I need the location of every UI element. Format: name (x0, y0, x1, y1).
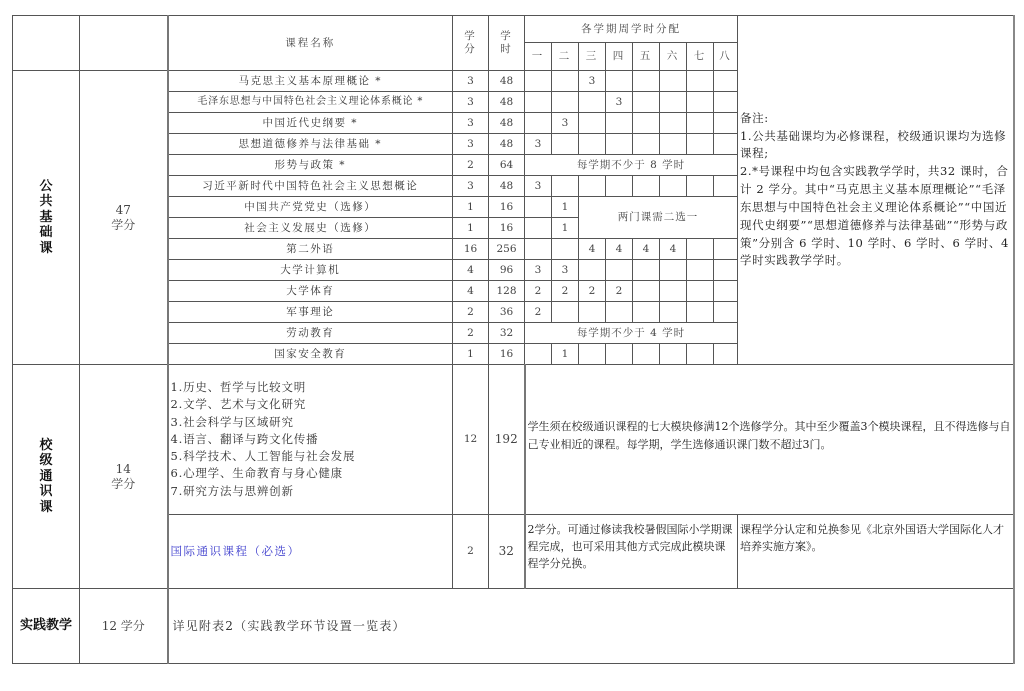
sem-6 (660, 71, 687, 92)
modules-description: 学生须在校级通识课程的七大模块修满12个选修学分。其中至少覆盖3个模块课程，且不… (525, 365, 1014, 515)
semester-header-2: 二 (552, 43, 579, 71)
course-hours: 32 (489, 323, 525, 344)
category-header-cell (13, 16, 80, 71)
intl-hours: 32 (489, 515, 525, 589)
hours-header-line2: 时 (500, 43, 513, 55)
sem-4 (606, 344, 633, 365)
category-char: 基 (39, 210, 52, 225)
sem-5 (633, 176, 660, 197)
sem-6: 4 (660, 239, 687, 260)
course-hours: 128 (489, 281, 525, 302)
sem-1 (525, 344, 552, 365)
course-credits: 3 (453, 92, 489, 113)
sem-5 (633, 92, 660, 113)
sem-2: 1 (552, 197, 579, 218)
course-name: 劳动教育 (168, 323, 453, 344)
sem-5 (633, 344, 660, 365)
course-name: 形势与政策 * (168, 155, 453, 176)
sem-8 (714, 113, 738, 134)
sem-3: 2 (579, 281, 606, 302)
course-hours: 16 (489, 344, 525, 365)
sem-7 (687, 92, 714, 113)
category-char: 础 (39, 225, 52, 240)
course-credits: 2 (453, 323, 489, 344)
sem-4: 2 (606, 281, 633, 302)
course-name: 中国近代史纲要 * (168, 113, 453, 134)
sem-2 (552, 176, 579, 197)
course-hours: 48 (489, 134, 525, 155)
intl-credits: 2 (453, 515, 489, 589)
category-char: 课 (39, 500, 52, 515)
notes-cell: 备注: 1.公共基础课均为必修课程，校级通识课均为选修课程; 2.*号课程中均包… (738, 16, 1014, 365)
course-credits: 2 (453, 155, 489, 176)
category-char: 校 (39, 438, 52, 453)
semester-header-4: 四 (606, 43, 633, 71)
intl-course-name: 国际通识课程（必选） (168, 515, 453, 589)
notes-title: 备注: (740, 110, 1011, 128)
sem-4 (606, 176, 633, 197)
course-name: 军事理论 (168, 302, 453, 323)
semester-group-header: 各学期周学时分配 (525, 16, 738, 43)
sem-3 (579, 344, 606, 365)
sem-5: 4 (633, 239, 660, 260)
course-hours: 48 (489, 92, 525, 113)
sem-2: 1 (552, 218, 579, 239)
sem-2 (552, 239, 579, 260)
category-char: 共 (39, 194, 52, 209)
credits-header-line2: 分 (464, 43, 477, 55)
sem-3 (579, 113, 606, 134)
sem-7 (687, 113, 714, 134)
sem-2: 2 (552, 281, 579, 302)
intl-description-right: 课程学分认定和兑换参见《北京外国语大学国际化人才培养实施方案》。 (738, 515, 1014, 589)
sem-6 (660, 281, 687, 302)
course-name: 中国共产党党史（选修） (168, 197, 453, 218)
modules-credits: 12 (453, 365, 489, 515)
course-name: 毛泽东思想与中国特色社会主义理论体系概论 * (168, 92, 453, 113)
semester-header-3: 三 (579, 43, 606, 71)
sem-2 (552, 92, 579, 113)
sem-1: 2 (525, 302, 552, 323)
sem-6 (660, 92, 687, 113)
sem-8 (714, 260, 738, 281)
sem-5 (633, 71, 660, 92)
category-char: 级 (39, 453, 52, 468)
course-name: 国家安全教育 (168, 344, 453, 365)
sem-1 (525, 113, 552, 134)
sem-3: 4 (579, 239, 606, 260)
intl-description-left: 2学分。可通过修读我校暑假国际小学期课程完成，也可采用其他方式完成此模块课程学分… (525, 515, 738, 589)
sem-7 (687, 176, 714, 197)
category-char: 识 (39, 484, 52, 499)
sem-4 (606, 113, 633, 134)
sem-2 (552, 302, 579, 323)
module-item: 2.文学、艺术与文化研究 (171, 396, 453, 413)
sem-8 (714, 344, 738, 365)
category-char: 通 (39, 469, 52, 484)
course-hours: 48 (489, 113, 525, 134)
course-credits: 1 (453, 218, 489, 239)
sem-3 (579, 92, 606, 113)
course-credits: 3 (453, 134, 489, 155)
hours-header-line1: 学 (500, 30, 513, 42)
course-hours: 36 (489, 302, 525, 323)
category-practice: 实践教学 (13, 589, 80, 664)
credits-header-line1: 学 (464, 30, 477, 42)
sem-4 (606, 71, 633, 92)
sem-6 (660, 344, 687, 365)
module-item: 5.科学技术、人工智能与社会发展 (171, 448, 453, 465)
practice-description: 详见附表2（实践教学环节设置一览表） (168, 589, 1014, 664)
general-ed-credits: 14 学分 (80, 365, 168, 589)
sem-4: 3 (606, 92, 633, 113)
module-item: 6.心理学、生命教育与身心健康 (171, 465, 453, 482)
course-hours: 16 (489, 218, 525, 239)
course-hours: 48 (489, 71, 525, 92)
sem-7 (687, 302, 714, 323)
sem-8 (714, 302, 738, 323)
semester-header-7: 七 (687, 43, 714, 71)
course-credits: 4 (453, 260, 489, 281)
course-name: 大学体育 (168, 281, 453, 302)
course-credits: 2 (453, 302, 489, 323)
sem-1 (525, 71, 552, 92)
course-hours: 64 (489, 155, 525, 176)
sem-3 (579, 260, 606, 281)
sem-1 (525, 218, 552, 239)
course-name: 思想道德修养与法律基础 * (168, 134, 453, 155)
course-name: 第二外语 (168, 239, 453, 260)
sem-3: 3 (579, 71, 606, 92)
hours-header: 学 时 (489, 16, 525, 71)
semester-header-5: 五 (633, 43, 660, 71)
practice-credits: 12 学分 (80, 589, 168, 664)
sem-3 (579, 176, 606, 197)
sem-1: 3 (525, 260, 552, 281)
semester-span-note: 每学期不少于 4 学时 (525, 323, 738, 344)
module-item: 3.社会科学与区域研究 (171, 414, 453, 431)
sem-5 (633, 134, 660, 155)
sem-4: 4 (606, 239, 633, 260)
course-credits: 16 (453, 239, 489, 260)
table-row: 实践教学 12 学分 详见附表2（实践教学环节设置一览表） (13, 589, 1014, 664)
sem-3 (579, 134, 606, 155)
semester-header-8: 八 (714, 43, 738, 71)
credits-unit: 学分 (111, 218, 135, 232)
sem-5 (633, 281, 660, 302)
sem-8 (714, 239, 738, 260)
sem-2: 3 (552, 113, 579, 134)
sem-7 (687, 260, 714, 281)
sem-6 (660, 113, 687, 134)
sem-6 (660, 302, 687, 323)
sem-8 (714, 176, 738, 197)
module-list: 1.历史、哲学与比较文明 2.文学、艺术与文化研究 3.社会科学与区域研究 4.… (168, 365, 453, 515)
sem-5 (633, 260, 660, 281)
credits-header-cell (80, 16, 168, 71)
sem-7 (687, 134, 714, 155)
category-char: 课 (39, 241, 52, 256)
course-credits: 3 (453, 113, 489, 134)
sem-2 (552, 134, 579, 155)
sem-3 (579, 302, 606, 323)
sem-7 (687, 71, 714, 92)
sem-1 (525, 197, 552, 218)
sem-1: 3 (525, 176, 552, 197)
course-name: 社会主义发展史（选修） (168, 218, 453, 239)
sem-7 (687, 281, 714, 302)
course-credits: 3 (453, 71, 489, 92)
sem-8 (714, 281, 738, 302)
sem-4 (606, 260, 633, 281)
sem-1: 3 (525, 134, 552, 155)
module-item: 1.历史、哲学与比较文明 (171, 379, 453, 396)
sem-8 (714, 92, 738, 113)
semester-span-note: 每学期不少于 8 学时 (525, 155, 738, 176)
sem-5 (633, 302, 660, 323)
course-credits: 1 (453, 197, 489, 218)
sem-2: 3 (552, 260, 579, 281)
sem-6 (660, 134, 687, 155)
course-name: 马克思主义基本原理概论 * (168, 71, 453, 92)
table-row: 校 级 通 识 课 14 学分 1.历史、哲学与比较文明 2.文学、艺术与文化研… (13, 365, 1014, 515)
sem-1 (525, 239, 552, 260)
sem-4 (606, 134, 633, 155)
elective-choice-note: 两门课需二选一 (579, 197, 738, 239)
sem-6 (660, 176, 687, 197)
sem-7 (687, 239, 714, 260)
modules-hours: 192 (489, 365, 525, 515)
sem-1: 2 (525, 281, 552, 302)
sem-2: 1 (552, 344, 579, 365)
course-credits: 3 (453, 176, 489, 197)
category-public-basic: 公 共 基 础 课 (13, 71, 80, 365)
course-name-header: 课程名称 (168, 16, 453, 71)
credits-value: 14 (116, 462, 131, 476)
sem-5 (633, 113, 660, 134)
credits-unit: 学分 (111, 477, 135, 491)
semester-header-1: 一 (525, 43, 552, 71)
credits-header: 学 分 (453, 16, 489, 71)
course-hours: 48 (489, 176, 525, 197)
course-hours: 16 (489, 197, 525, 218)
curriculum-table: 课程名称 学 分 学 时 各学期周学时分配 备注: 1.公共基础课均为必修课程，… (12, 15, 1015, 664)
credits-value: 47 (116, 203, 131, 217)
sem-8 (714, 71, 738, 92)
module-item: 4.语言、翻译与跨文化传播 (171, 431, 453, 448)
sem-4 (606, 302, 633, 323)
course-credits: 4 (453, 281, 489, 302)
sem-8 (714, 134, 738, 155)
category-general-ed: 校 级 通 识 课 (13, 365, 80, 589)
note-2: 2.*号课程中均包含实践教学学时，共32 课时，合计 2 学分。其中“马克思主义… (740, 163, 1011, 270)
note-1: 1.公共基础课均为必修课程，校级通识课均为选修课程; (740, 128, 1011, 164)
course-name: 习近平新时代中国特色社会主义思想概论 (168, 176, 453, 197)
sem-1 (525, 92, 552, 113)
course-hours: 96 (489, 260, 525, 281)
semester-header-6: 六 (660, 43, 687, 71)
module-item: 7.研究方法与思辨创新 (171, 483, 453, 500)
sem-2 (552, 71, 579, 92)
category-char: 公 (39, 179, 52, 194)
public-basic-credits: 47 学分 (80, 71, 168, 365)
course-hours: 256 (489, 239, 525, 260)
sem-6 (660, 260, 687, 281)
course-credits: 1 (453, 344, 489, 365)
course-name: 大学计算机 (168, 260, 453, 281)
sem-7 (687, 344, 714, 365)
